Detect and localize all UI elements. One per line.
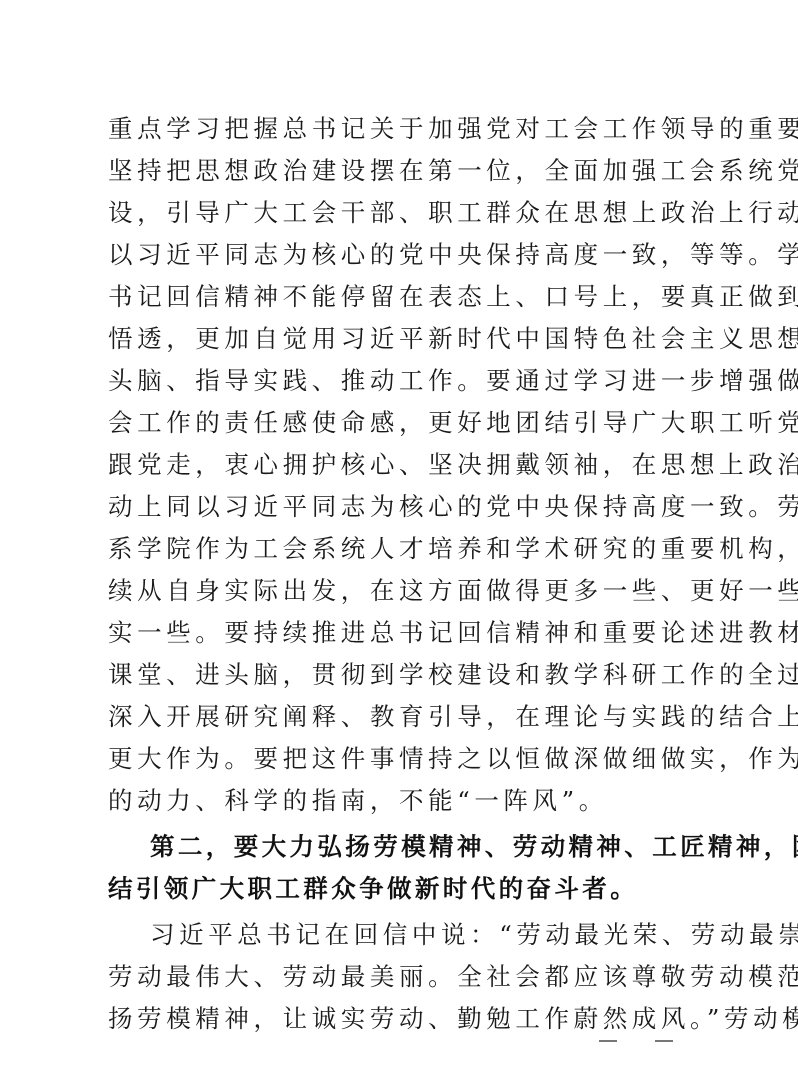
text-line: 重点学习把握总书记关于加强党对工会工作领导的重要论述， [108,112,698,146]
text-line: 头脑、指导实践、推动工作。要通过学习进一步增强做好工 [108,364,698,398]
text-line: 续从自身实际出发，在这方面做得更多一些、更好一些、更 [108,574,698,608]
page-number-dash-left [599,1040,617,1042]
text-line: 的动力、科学的指南，不能“一阵风”。 [108,784,698,818]
text-line: 以习近平同志为核心的党中央保持高度一致，等等。学习总 [108,238,698,272]
text-line: 更大作为。要把这件事情持之以恒做深做细做实，作为持久 [108,742,698,776]
text-line: 设，引导广大工会干部、职工群众在思想上政治上行动上同 [108,196,698,230]
text-line: 深入开展研究阐释、教育引导，在理论与实践的结合上实现 [108,700,698,734]
text-line: 跟党走，衷心拥护核心、坚决拥戴领袖，在思想上政治上行 [108,448,698,482]
text-line: 书记回信精神不能停留在表态上、口号上，要真正做到学深 [108,280,698,314]
text-line: 劳动最伟大、劳动最美丽。全社会都应该尊敬劳动模范、弘 [108,960,698,994]
text-line: 扬劳模精神，让诚实劳动、勤勉工作蔚然成风。”劳动模范是 [108,1002,698,1036]
text-line: 悟透，更加自觉用习近平新时代中国特色社会主义思想武装 [108,322,698,356]
text-line: 会工作的责任感使命感，更好地团结引导广大职工听党话、 [108,406,698,440]
text-line: 动上同以习近平同志为核心的党中央保持高度一致。劳动关 [108,490,698,524]
text-line: 系学院作为工会系统人才培养和学术研究的重要机构，要继 [108,532,698,566]
section-heading-line: 结引领广大职工群众争做新时代的奋斗者。 [108,872,698,906]
section-heading-line: 第二，要大力弘扬劳模精神、劳动精神、工匠精神，团 [150,830,698,864]
text-line: 习近平总书记在回信中说：“劳动最光荣、劳动最崇高、 [150,918,698,952]
page-number-dash-right [655,1040,673,1042]
document-page: 重点学习把握总书记关于加强党对工会工作领导的重要论述， 坚持把思想政治建设摆在第… [0,0,798,1090]
text-line: 实一些。要持续推进总书记回信精神和重要论述进教材、进 [108,616,698,650]
text-line: 坚持把思想政治建设摆在第一位，全面加强工会系统党的建 [108,154,698,188]
text-line: 课堂、进头脑，贯彻到学校建设和教学科研工作的全过程， [108,658,698,692]
